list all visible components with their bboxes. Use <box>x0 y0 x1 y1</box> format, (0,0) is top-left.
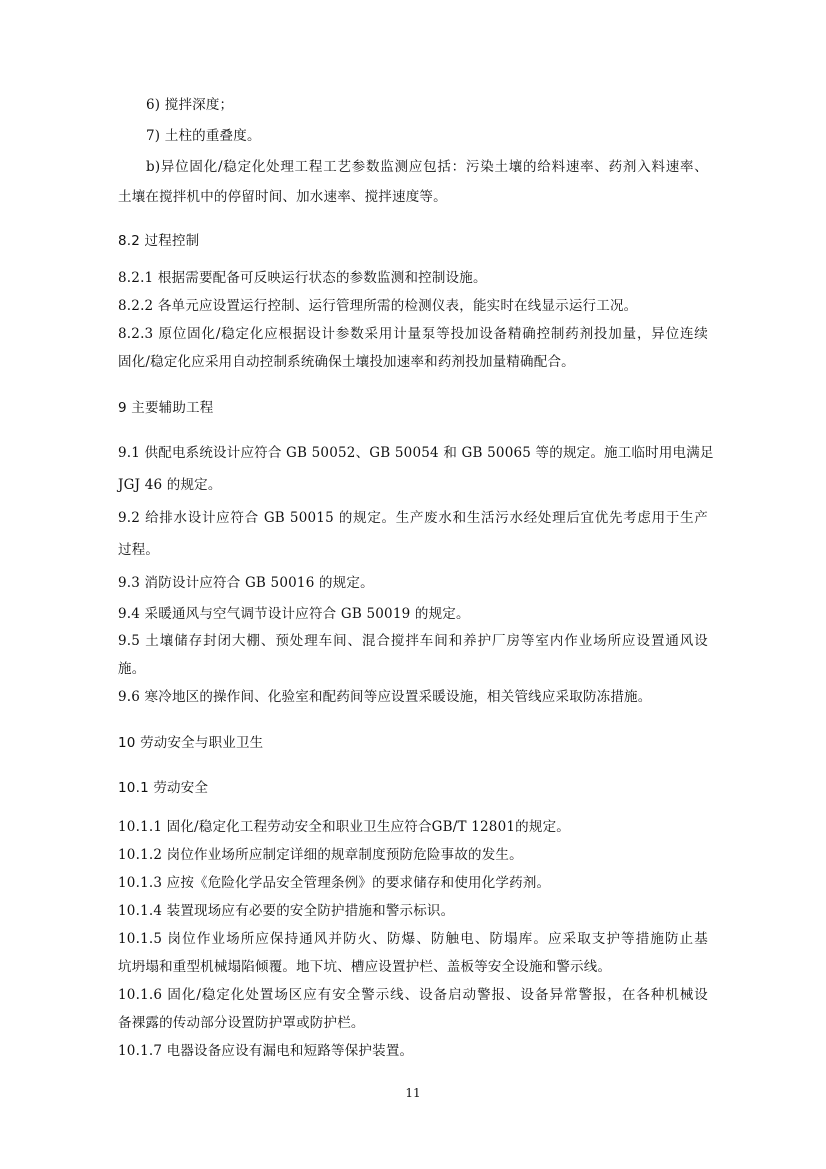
text-line: 9.2 给排水设计应符合 GB 50015 的规定。生产废水和生活污水经处理后宜… <box>118 509 708 527</box>
text-line: 备裸露的传动部分设置防护罩或防护栏。 <box>118 1014 365 1032</box>
text-line: 8.2.1 根据需要配备可反映运行状态的参数监测和控制设施。 <box>118 269 487 287</box>
text-line: 10.1.7 电器设备应设有漏电和短路等保护装置。 <box>118 1042 413 1060</box>
text-line: 9.5 土壤储存封闭大棚、预处理车间、混合搅拌车间和养护厂房等室内作业场所应设置… <box>118 632 708 650</box>
text-line: 土壤在搅拌机中的停留时间、加水速率、搅拌速度等。 <box>118 188 447 206</box>
text-line: 过程。 <box>118 541 159 559</box>
text-line: 9.4 采暖通风与空气调节设计应符合 GB 50019 的规定。 <box>118 605 470 623</box>
section-heading: 8.2 过程控制 <box>118 232 199 250</box>
text-line: 6) 搅拌深度； <box>146 96 233 114</box>
text-line: 10.1.5 岗位作业场所应保持通风并防火、防爆、防触电、防塌库。应采取支护等措… <box>118 930 708 948</box>
text-line: b)异位固化/稳定化处理工程工艺参数监测应包括：污染土壤的给料速率、药剂入料速率… <box>146 158 708 176</box>
text-line: 10.1.2 岗位作业场所应制定详细的规章制度预防危险事故的发生。 <box>118 846 523 864</box>
text-line: 7) 土柱的重叠度。 <box>146 127 261 145</box>
text-line: 8.2.2 各单元应设置运行控制、运行管理所需的检测仪表，能实时在线显示运行工况… <box>118 297 637 315</box>
section-heading: 9 主要辅助工程 <box>118 399 213 417</box>
document-page: 6) 搅拌深度；7) 土柱的重叠度。b)异位固化/稳定化处理工程工艺参数监测应包… <box>0 0 826 1169</box>
section-heading: 10.1 劳动安全 <box>118 779 208 797</box>
text-line: 10.1.1 固化/稳定化工程劳动安全和职业卫生应符合GB/T 12801的规定… <box>118 818 570 836</box>
text-line: JGJ 46 的规定。 <box>118 476 222 494</box>
text-line: 9.1 供配电系统设计应符合 GB 50052、GB 50054 和 GB 50… <box>118 444 708 462</box>
text-line: 9.3 消防设计应符合 GB 50016 的规定。 <box>118 574 374 592</box>
text-line: 10.1.3 应按《危险化学品安全管理条例》的要求储存和使用化学药剂。 <box>118 874 550 892</box>
page-number: 11 <box>0 1086 826 1100</box>
section-heading: 10 劳动安全与职业卫生 <box>118 734 263 752</box>
text-line: 9.6 寒冷地区的操作间、化验室和配药间等应设置采暖设施，相关管线应采取防冻措施… <box>118 688 651 706</box>
text-line: 10.1.6 固化/稳定化处置场区应有安全警示线、设备启动警报、设备异常警报，在… <box>118 986 708 1004</box>
text-line: 施。 <box>118 660 145 678</box>
text-line: 8.2.3 原位固化/稳定化应根据设计参数采用计量泵等投加设备精确控制药剂投加量… <box>118 325 708 343</box>
text-line: 坑坍塌和重型机械塌陷倾覆。地下坑、槽应设置护栏、盖板等安全设施和警示线。 <box>118 958 611 976</box>
text-line: 固化/稳定化应采用自动控制系统确保土壤投加速率和药剂投加量精确配合。 <box>118 353 575 371</box>
text-line: 10.1.4 装置现场应有必要的安全防护措施和警示标识。 <box>118 902 454 920</box>
